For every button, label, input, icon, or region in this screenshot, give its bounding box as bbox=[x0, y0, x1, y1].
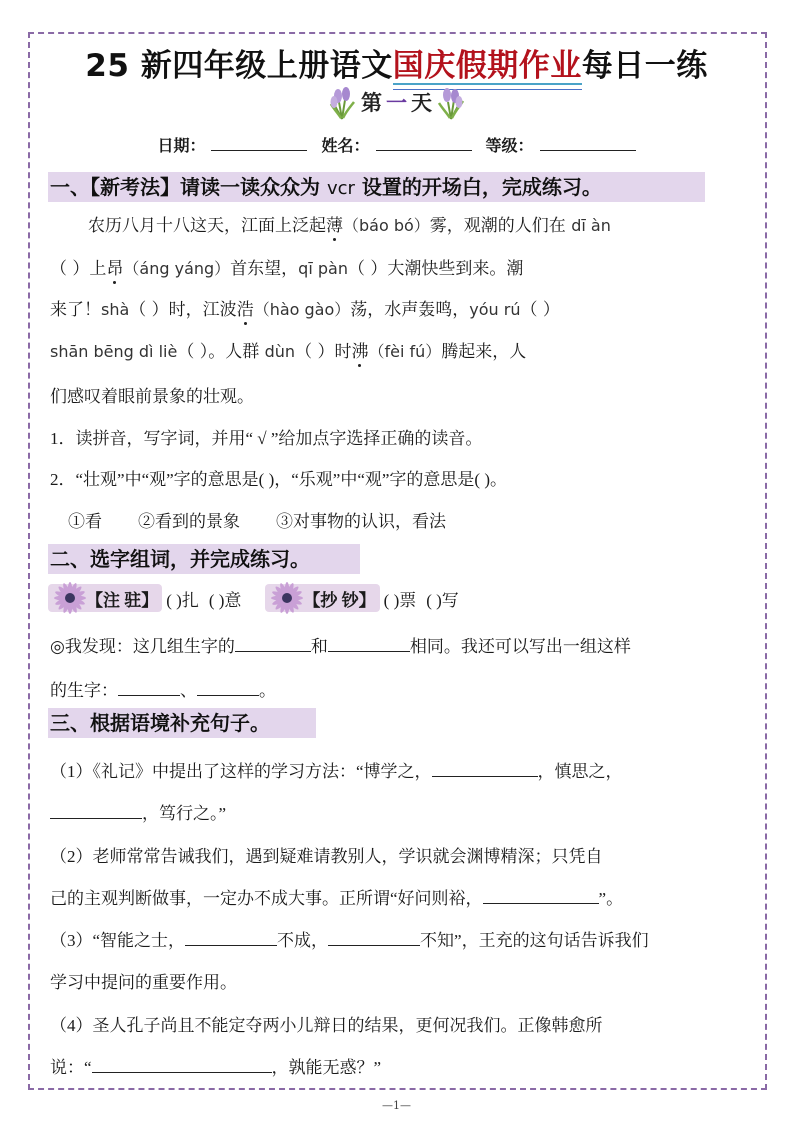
question-3-4-line-2: 说：“，孰能无惑？” bbox=[50, 1053, 750, 1078]
answer-blank[interactable] bbox=[483, 888, 599, 904]
question-3-2-line-1: （2）老师常常告诫我们，遇到疑难请教别人，学识就会渊博精深；只凭自 bbox=[50, 842, 750, 867]
student-info-fields: 日期： 姓名： 等级： bbox=[0, 133, 793, 156]
passage-line-4: shān bēng dì liè（ ）。人群 dùn（ ）时沸（fèi fú）腾… bbox=[50, 337, 750, 362]
question-1-2: 2．“壮观”中“观”字的意思是( )，“乐观”中“观”字的意思是( )。 bbox=[50, 465, 750, 490]
title-suffix: 每日一练 bbox=[582, 48, 708, 84]
question-1-options: ①看②看到的景象③对事物的认识，看法 bbox=[68, 507, 768, 532]
section-1-heading: 一、【新考法】请读一读众众为 vcr 设置的开场白，完成练习。 bbox=[48, 172, 705, 202]
page-title: 25 新四年级上册语文国庆假期作业每日一练 bbox=[0, 40, 793, 85]
title-accent: 国庆假期作业 bbox=[393, 48, 582, 84]
answer-blank[interactable] bbox=[50, 803, 142, 819]
question-3-4-line-1: （4）圣人孔子尚且不能定夺两小儿辩日的结果，更何况我们。正像韩愈所 bbox=[50, 1011, 750, 1036]
discovery-line-1: ◎我发现：这几组生字的和相同。我还可以写出一组这样 bbox=[50, 632, 750, 657]
discovery-line-2: 的生字：、。 bbox=[50, 676, 750, 701]
question-3-3-line-2: 学习中提问的重要作用。 bbox=[50, 968, 750, 993]
crocus-flower-icon bbox=[327, 84, 357, 120]
answer-blank[interactable] bbox=[328, 636, 410, 652]
passage-line-1: 农历八月十八这天，江面上泛起薄（báo bó）雾，观潮的人们在 dī àn bbox=[88, 211, 788, 236]
word-choice-row: 【注 驻】 ( )扎 ( )意 【抄 钞】 ( )票 ( )写 bbox=[48, 584, 748, 612]
answer-blank[interactable] bbox=[185, 930, 277, 946]
question-3-3-line-1: （3）“智能之士，不成，不知”，王充的这句话告诉我们 bbox=[50, 926, 750, 951]
page-number: —1— bbox=[0, 1099, 793, 1112]
answer-blank[interactable] bbox=[235, 636, 311, 652]
answer-blank[interactable] bbox=[328, 930, 420, 946]
question-3-1-line-2: ，笃行之。” bbox=[50, 799, 750, 824]
answer-blank[interactable] bbox=[118, 680, 180, 696]
day-label: 第一天 bbox=[0, 84, 793, 120]
title-prefix: 25 新四年级上册语文 bbox=[85, 48, 392, 84]
section-3-heading: 三、根据语境补充句子。 bbox=[48, 708, 316, 738]
daisy-flower-icon bbox=[48, 578, 92, 618]
passage-line-3: 来了！shà（ ）时，江波浩（hào gào）荡，水声轰鸣，yóu rú（ ） bbox=[50, 295, 750, 320]
name-field[interactable]: 姓名： bbox=[321, 133, 471, 156]
crocus-flower-icon bbox=[436, 84, 466, 120]
answer-blank[interactable] bbox=[432, 761, 538, 777]
question-3-1-line-1: （1）《礼记》中提出了这样的学习方法：“博学之，，慎思之， bbox=[50, 757, 750, 782]
answer-blank[interactable] bbox=[92, 1057, 272, 1073]
passage-line-5: 们感叹着眼前景象的壮观。 bbox=[50, 382, 750, 407]
char-group-2: 【抄 钞】 bbox=[265, 584, 379, 612]
char-group-1: 【注 驻】 bbox=[48, 584, 162, 612]
question-1-1: 1．读拼音，写字词，并用“ √ ”给加点字选择正确的读音。 bbox=[50, 424, 750, 449]
daisy-flower-icon bbox=[265, 578, 309, 618]
answer-blank[interactable] bbox=[197, 680, 259, 696]
section-2-heading: 二、选字组词，并完成练习。 bbox=[48, 544, 360, 574]
date-field[interactable]: 日期： bbox=[157, 133, 307, 156]
grade-field[interactable]: 等级： bbox=[486, 133, 636, 156]
question-3-2-line-2: 己的主观判断做事，一定办不成大事。正所谓“好问则裕，”。 bbox=[50, 884, 750, 909]
passage-line-2: （ ）上昂（áng yáng）首东望，qī pàn（ ）大潮快些到来。潮 bbox=[50, 254, 750, 279]
